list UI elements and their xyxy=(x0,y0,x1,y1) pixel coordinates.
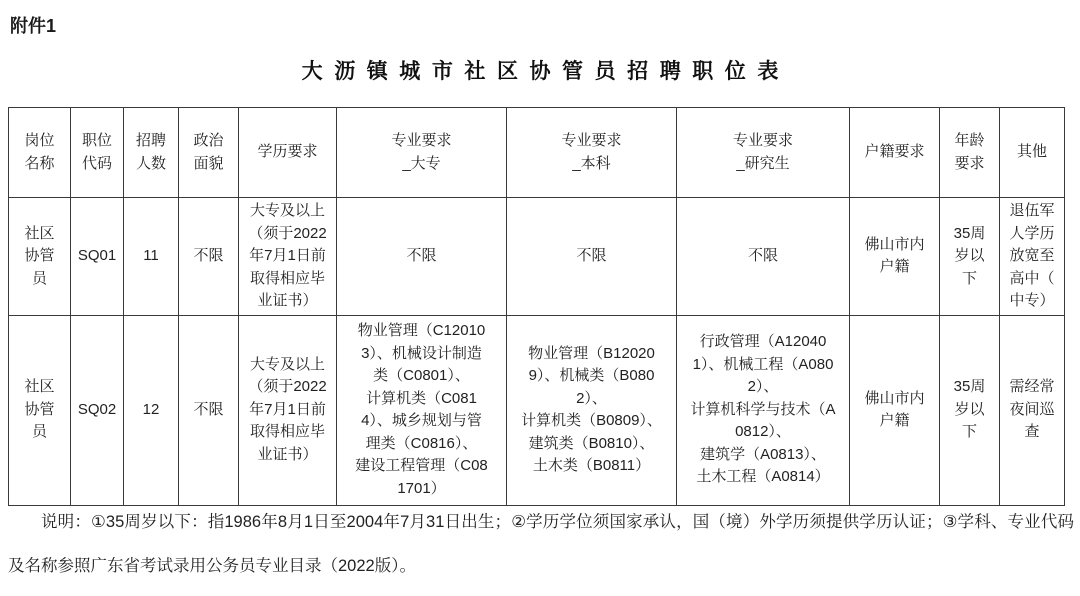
header-major-college: 专业要求 _大专 xyxy=(337,108,507,198)
cell-major-bachelor: 物业管理（B12020 9）、机械类（B080 2）、 计算机类（B0809）、… xyxy=(507,315,677,505)
page-title: 大沥镇城市社区协管员招聘职位表 xyxy=(0,55,1080,85)
table-row: 社区 协管 员 SQ01 11 不限 大专及以上 （须于2022 年7月1日前 … xyxy=(9,198,1065,316)
cell-major-college: 物业管理（C12010 3）、机械设计制造 类（C0801）、 计算机类（C08… xyxy=(337,315,507,505)
cell-major-postgraduate: 不限 xyxy=(677,198,850,316)
cell-age-requirement: 35周 岁以 下 xyxy=(940,315,1000,505)
cell-recruit-count: 11 xyxy=(124,198,179,316)
cell-other: 需经常 夜间巡 查 xyxy=(1000,315,1065,505)
job-position-table: 岗位 名称 职位 代码 招聘 人数 政治 面貌 学历要求 专业要求 _大专 专业… xyxy=(8,107,1065,506)
document-page: { "page": { "attachment_label": "附件1", "… xyxy=(0,0,1080,596)
cell-position-code: SQ01 xyxy=(71,198,124,316)
header-position-code: 职位 代码 xyxy=(71,108,124,198)
cell-other: 退伍军 人学历 放宽至 高中（ 中专） xyxy=(1000,198,1065,316)
cell-post-name: 社区 协管 员 xyxy=(9,198,71,316)
cell-political-status: 不限 xyxy=(179,198,239,316)
table-row: 社区 协管 员 SQ02 12 不限 大专及以上 （须于2022 年7月1日前 … xyxy=(9,315,1065,505)
cell-education-requirement: 大专及以上 （须于2022 年7月1日前 取得相应毕 业证书） xyxy=(239,315,337,505)
table-header-row: 岗位 名称 职位 代码 招聘 人数 政治 面貌 学历要求 专业要求 _大专 专业… xyxy=(9,108,1065,198)
cell-major-college: 不限 xyxy=(337,198,507,316)
cell-position-code: SQ02 xyxy=(71,315,124,505)
cell-major-bachelor: 不限 xyxy=(507,198,677,316)
header-political-status: 政治 面貌 xyxy=(179,108,239,198)
attachment-label: 附件1 xyxy=(10,12,56,38)
cell-post-name: 社区 协管 员 xyxy=(9,315,71,505)
cell-household-requirement: 佛山市内 户籍 xyxy=(850,315,940,505)
header-household-requirement: 户籍要求 xyxy=(850,108,940,198)
header-post-name: 岗位 名称 xyxy=(9,108,71,198)
cell-political-status: 不限 xyxy=(179,315,239,505)
header-major-postgraduate: 专业要求 _研究生 xyxy=(677,108,850,198)
cell-recruit-count: 12 xyxy=(124,315,179,505)
cell-education-requirement: 大专及以上 （须于2022 年7月1日前 取得相应毕 业证书） xyxy=(239,198,337,316)
cell-major-postgraduate: 行政管理（A12040 1）、机械工程（A080 2）、 计算机科学与技术（A … xyxy=(677,315,850,505)
header-age-requirement: 年龄 要求 xyxy=(940,108,1000,198)
header-other: 其他 xyxy=(1000,108,1065,198)
footnote: 说明：①35周岁以下：指1986年8月1日至2004年7月31日出生；②学历学位… xyxy=(8,500,1074,588)
header-major-bachelor: 专业要求 _本科 xyxy=(507,108,677,198)
header-recruit-count: 招聘 人数 xyxy=(124,108,179,198)
cell-age-requirement: 35周 岁以 下 xyxy=(940,198,1000,316)
cell-household-requirement: 佛山市内 户籍 xyxy=(850,198,940,316)
header-education-requirement: 学历要求 xyxy=(239,108,337,198)
